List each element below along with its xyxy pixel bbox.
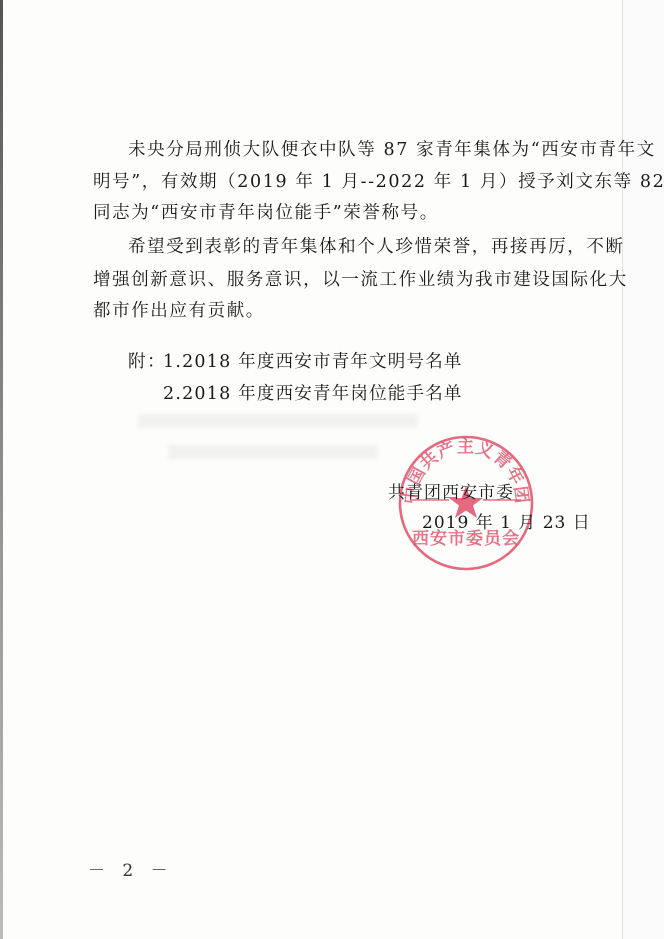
signature-organization: 共青团西安市委 [388,478,514,503]
paragraph-line: 同志为“西安市青年岗位能手”荣誉称号。 [93,202,439,224]
paragraph-line: 都市作出应有贡献。 [93,300,265,322]
attachments-label: 附： [128,351,166,373]
official-seal-icon: 中国共产主义青年团 西安市委员会 [397,434,535,572]
page-number: － 2 － [88,856,174,881]
paragraph-line: 增强创新意识、服务意识，以一流工作业绩为我市建设国际化大 [93,269,628,291]
scan-edge-left [0,0,3,939]
paragraph-line: 未央分局刑侦大队便衣中队等 87 家青年集体为“西安市青年文 [128,139,656,161]
paragraph-line: 希望受到表彰的青年集体和个人珍惜荣誉，再接再厉，不断 [128,236,625,258]
paragraph-line: 明号”，有效期（2019 年 1 月--2022 年 1 月）授予刘文东等 82… [93,171,664,193]
signature-date: 2019 年 1 月 23 日 [422,508,591,533]
attachment-item: 2.2018 年度西安青年岗位能手名单 [163,383,463,405]
attachment-item: 1.2018 年度西安市青年文明号名单 [163,351,463,373]
